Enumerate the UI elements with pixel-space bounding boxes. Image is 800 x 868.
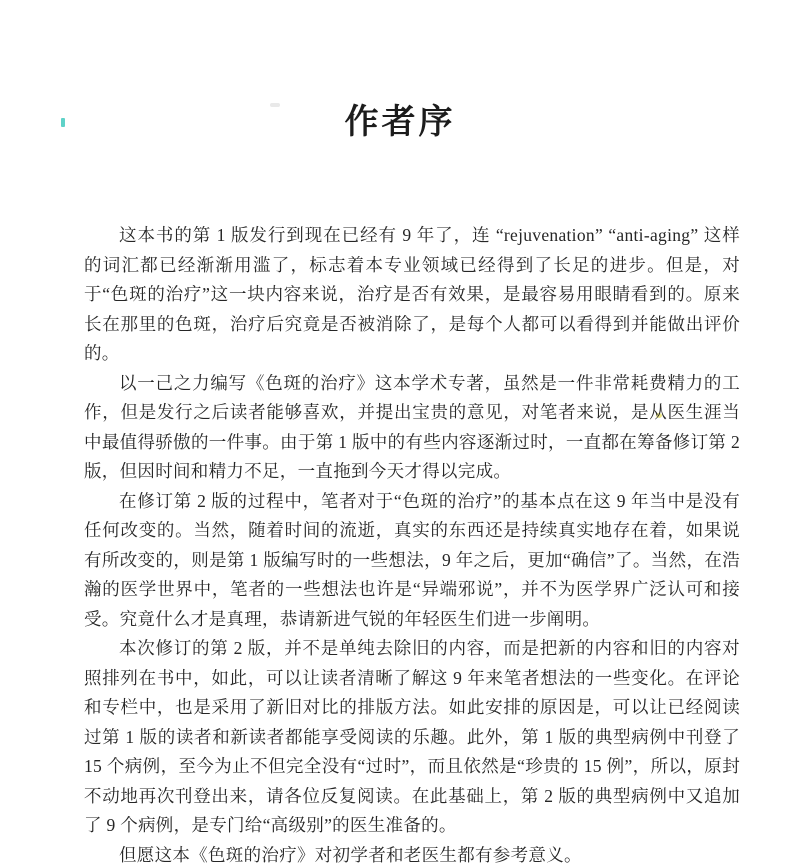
document-body: 这本书的第 1 版发行到现在已经有 9 年了，连 “rejuvenation” … (84, 221, 740, 868)
paragraph: 在修订第 2 版的过程中，笔者对于“色斑的治疗”的基本点在这 9 年当中是没有任… (84, 487, 740, 635)
page-title: 作者序 (0, 94, 800, 143)
paragraph: 本次修订的第 2 版，并不是单纯去除旧的内容，而是把新的内容和旧的内容对照排列在… (84, 634, 740, 841)
paragraph: 以一己之力编写《色斑的治疗》这本学术专著，虽然是一件非常耗费精力的工作，但是发行… (84, 369, 740, 487)
scanned-book-page: 作者序 这本书的第 1 版发行到现在已经有 9 年了，连 “rejuvenati… (0, 0, 800, 868)
paragraph: 这本书的第 1 版发行到现在已经有 9 年了，连 “rejuvenation” … (84, 221, 740, 369)
paragraph: 但愿这本《色斑的治疗》对初学者和老医生都有参考意义。 (84, 841, 740, 868)
